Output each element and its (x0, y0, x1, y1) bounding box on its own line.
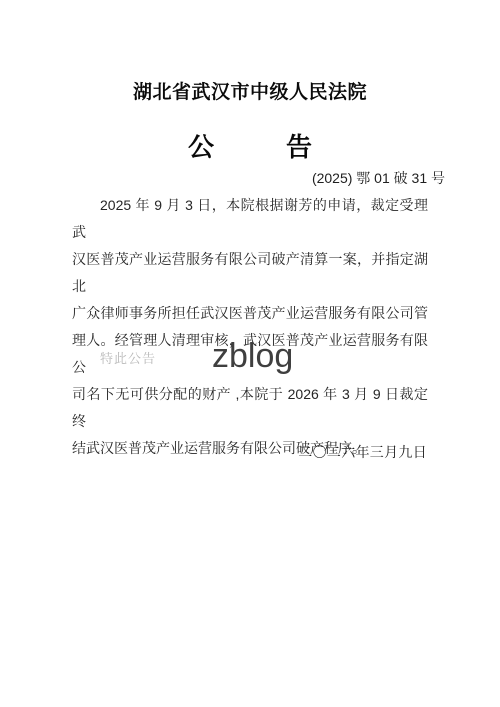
body-line-3: 广众律师事务所担任武汉医普茂产业运营服务有限公司管 (72, 300, 428, 327)
closing-phrase: 特此公告 (100, 351, 156, 367)
zblog-watermark: zblog (212, 336, 293, 376)
notice-body: 2025 年 9 月 3 日，本院根据谢芳的申请，裁定受理武 汉医普茂产业运营服… (72, 192, 428, 462)
notice-title-char-gong: 公 (188, 133, 214, 161)
court-name-heading: 湖北省武汉市中级人民法院 (0, 82, 500, 104)
notice-title: 公 告 (0, 133, 500, 161)
body-line-1: 2025 年 9 月 3 日，本院根据谢芳的申请，裁定受理武 (72, 192, 428, 246)
court-notice-document: 湖北省武汉市中级人民法院 公 告 (2025) 鄂 01 破 31 号 2025… (0, 0, 500, 707)
document-date: 二〇二六年三月九日 (298, 443, 427, 461)
body-line-5: 司名下无可供分配的财产 ,本院于 2026 年 3 月 9 日裁定终 (72, 381, 428, 435)
notice-title-char-gao: 告 (286, 133, 312, 161)
body-line-2: 汉医普茂产业运营服务有限公司破产清算一案，并指定湖北 (72, 246, 428, 300)
case-number: (2025) 鄂 01 破 31 号 (312, 169, 445, 187)
